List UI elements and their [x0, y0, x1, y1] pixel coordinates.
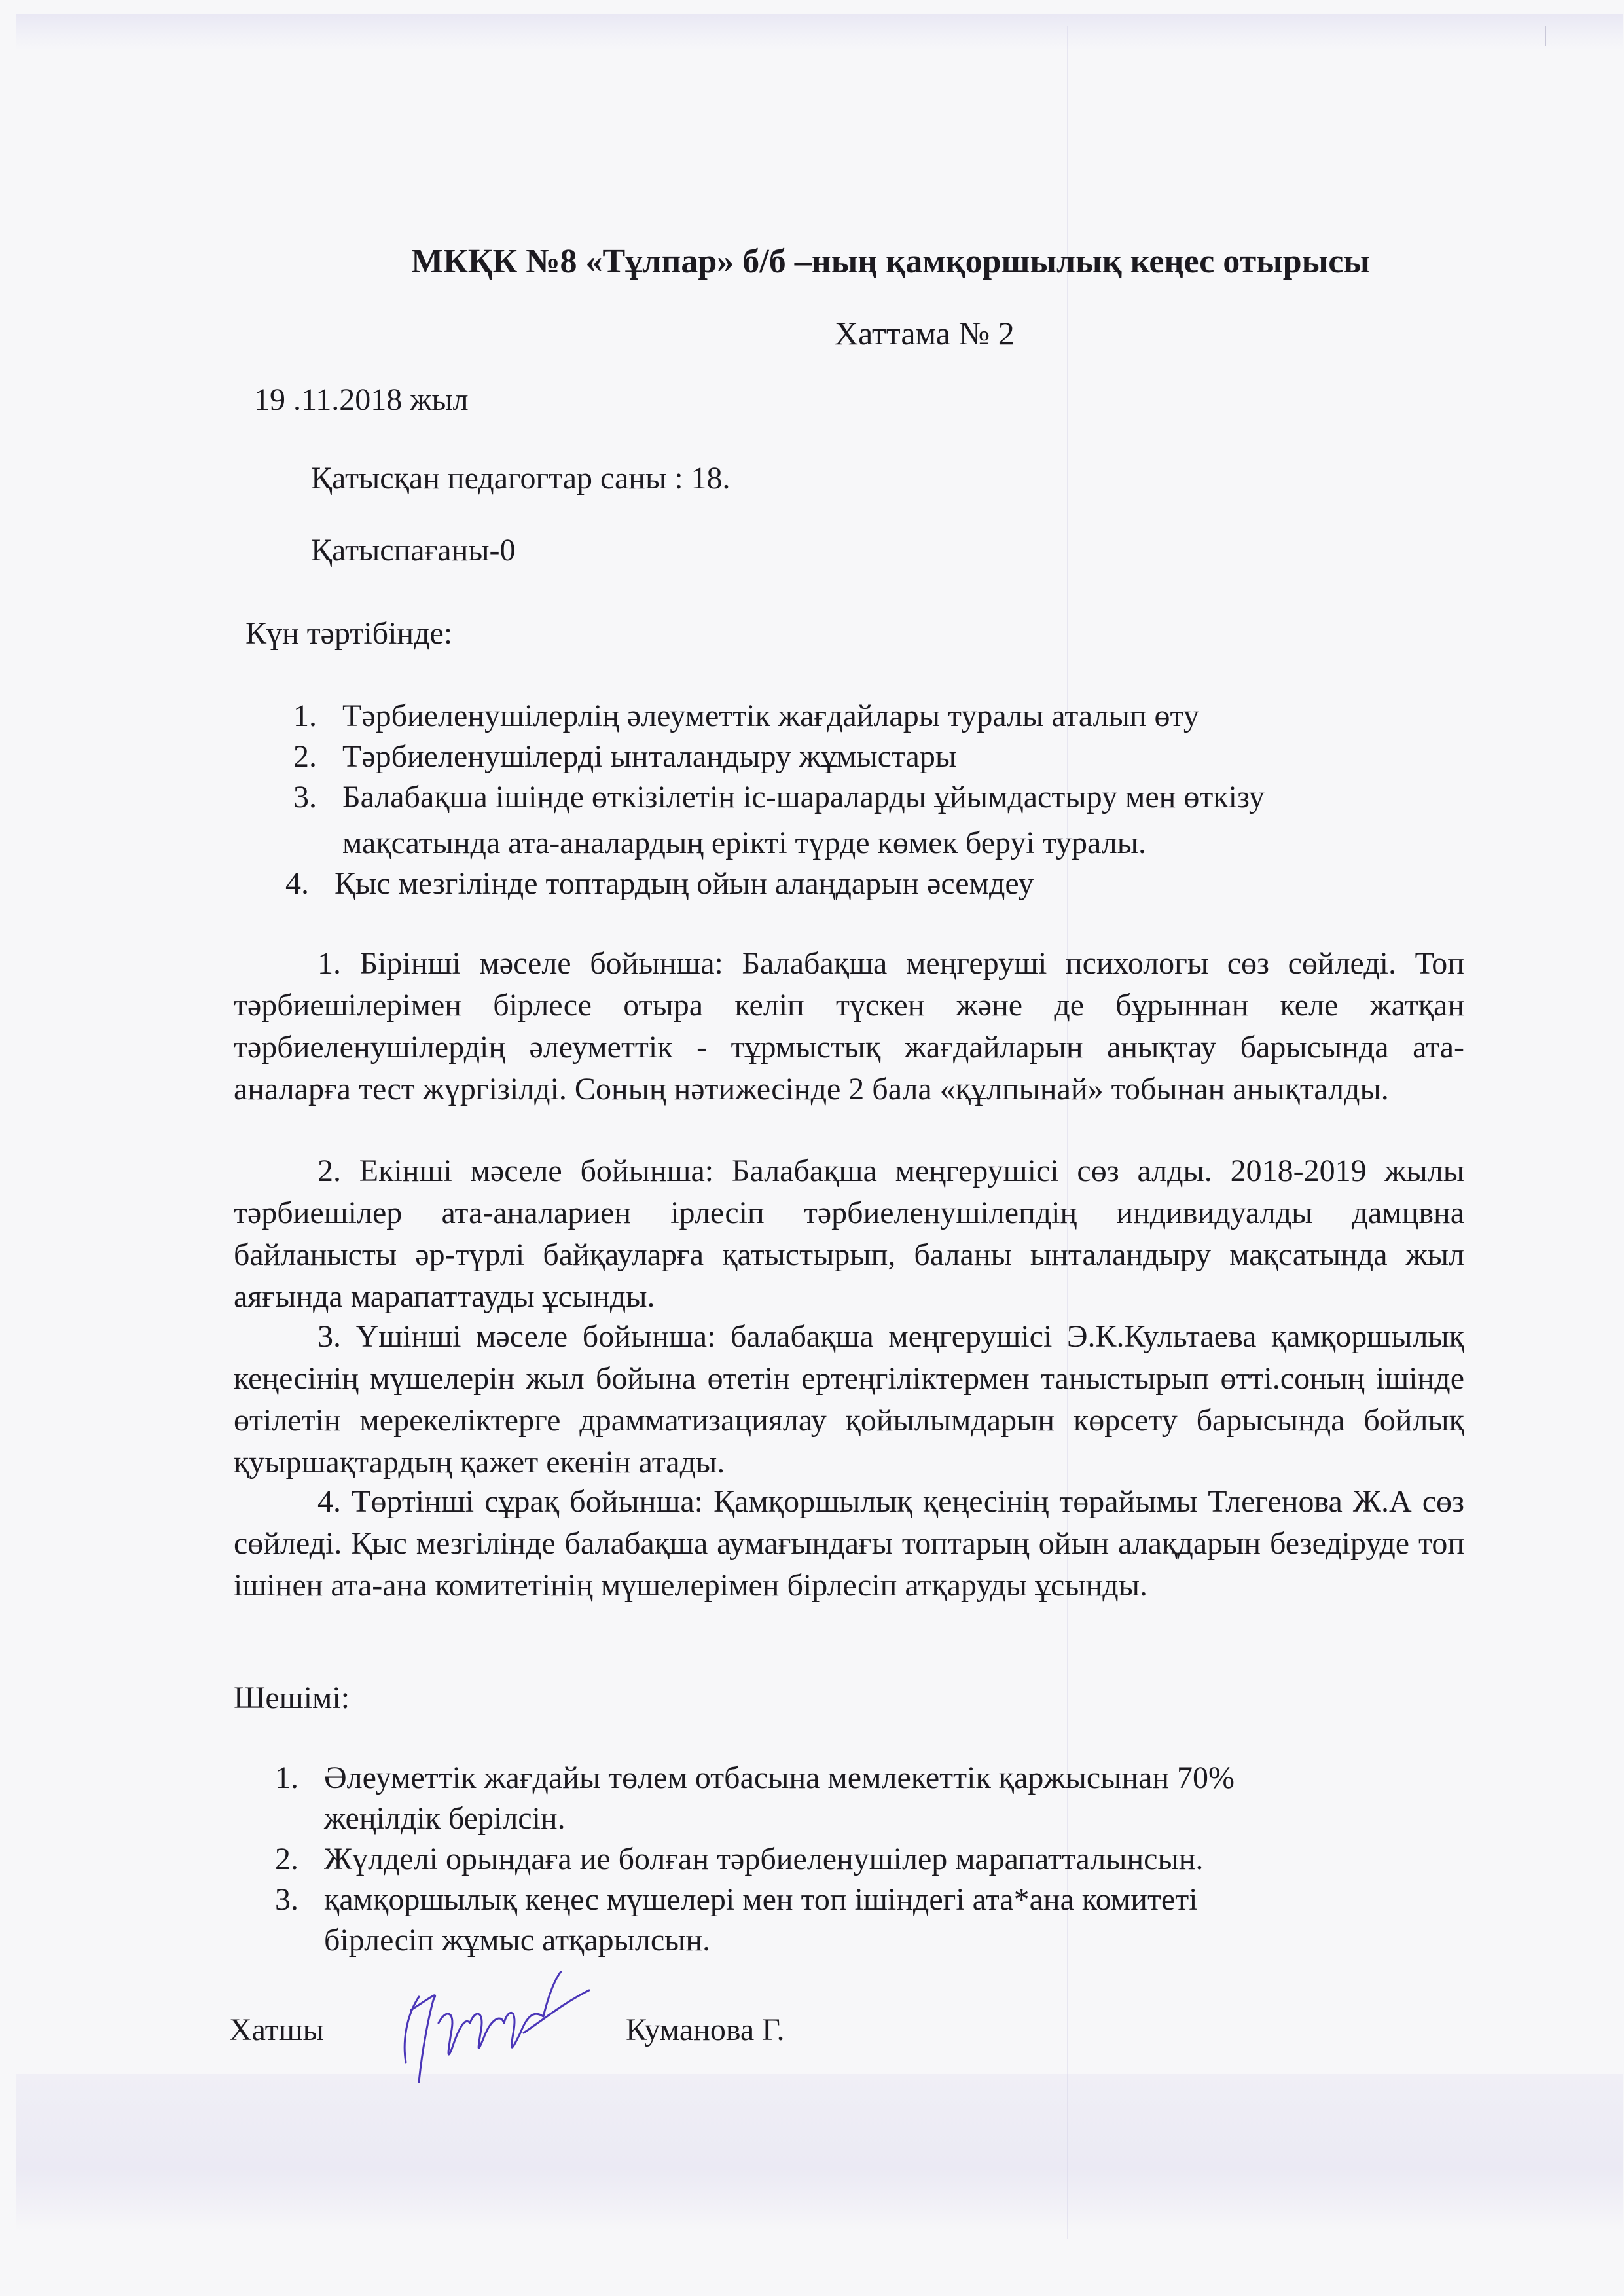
- agenda-item-number: 2.: [293, 737, 317, 777]
- decision-item-number: 1.: [275, 1758, 298, 1798]
- decision-item: 3. қамқоршылық кеңес мүшелері мен топ іш…: [275, 1880, 1235, 1961]
- attended-count: Қатысқан педагогтар саны : 18.: [311, 458, 731, 499]
- agenda-item-text: Тәрбиеленушілерді ынталандыру жұмыстары: [342, 739, 956, 774]
- agenda-heading: Күн тәртібінде:: [245, 613, 452, 654]
- decision-item-text: Әлеуметтік жағдайы төлем отбасына мемлек…: [324, 1760, 1235, 1795]
- scan-artifact-bottom: [16, 2074, 1623, 2231]
- protocol-number: Хаттама № 2: [835, 314, 1015, 352]
- decision-item-number: 3.: [275, 1880, 298, 1920]
- absent-count: Қатыспағаны-0: [311, 530, 516, 571]
- decision-heading: Шешімі:: [234, 1678, 350, 1719]
- discussion-item-3: 3. Үшінші мәселе бойынша: балабақша меңг…: [234, 1316, 1464, 1484]
- agenda-item-number: 4.: [285, 864, 309, 904]
- decision-list: 1. Әлеуметтік жағдайы төлем отбасына мем…: [275, 1758, 1235, 1961]
- document-title: МКҚК №8 «Тұлпар» б/б –ның қамқоршылық ке…: [0, 242, 1624, 281]
- agenda-item: 1. Тәрбиеленушілерлің әлеуметтік жағдайл…: [293, 696, 1265, 737]
- discussion-item-4: 4. Төртінші сұрақ бойынша: Қамқоршылық қ…: [234, 1481, 1464, 1607]
- decision-item-text-continued: бірлесіп жұмыс атқарылсын.: [324, 1923, 710, 1958]
- decision-item-text: қамқоршылық кеңес мүшелері мен топ ішінд…: [324, 1882, 1198, 1917]
- discussion-text: 4. Төртінші сұрақ бойынша: Қамқоршылық қ…: [234, 1484, 1464, 1603]
- agenda-item-text: Қыс мезгілінде топтардың ойын алаңдарын …: [334, 866, 1034, 901]
- discussion-text: 2. Екінші мәселе бойынша: Балабақша меңг…: [234, 1154, 1464, 1314]
- discussion-text: 3. Үшінші мәселе бойынша: балабақша меңг…: [234, 1319, 1464, 1480]
- agenda-list: 1. Тәрбиеленушілерлің әлеуметтік жағдайл…: [293, 696, 1265, 904]
- scan-artifact-top: [16, 14, 1623, 50]
- signature-icon: [393, 1971, 602, 2088]
- discussion-text: 1. Бірінші мәселе бойынша: Балабақша мең…: [234, 946, 1464, 1106]
- agenda-item: 4. Қыс мезгілінде топтардың ойын алаңдар…: [285, 864, 1265, 904]
- agenda-item-number: 1.: [293, 696, 317, 737]
- agenda-item: 3. Балабақша ішінде өткізілетін іс-шарал…: [293, 777, 1265, 864]
- secretary-name: Куманова Г.: [626, 2010, 784, 2050]
- discussion-item-1: 1. Бірінші мәселе бойынша: Балабақша мең…: [234, 943, 1464, 1110]
- decision-item: 1. Әлеуметтік жағдайы төлем отбасына мем…: [275, 1758, 1235, 1839]
- meeting-date: 19 .11.2018 жыл: [254, 380, 469, 420]
- discussion-item-2: 2. Екінші мәселе бойынша: Балабақша меңг…: [234, 1150, 1464, 1318]
- agenda-item-text: Балабақша ішінде өткізілетін іс-шаралард…: [342, 780, 1265, 814]
- agenda-item: 2. Тәрбиеленушілерді ынталандыру жұмыста…: [293, 737, 1265, 777]
- decision-item: 2. Жүлделі орындаға ие болған тәрбиелену…: [275, 1839, 1235, 1880]
- decision-item-text: Жүлделі орындаға ие болған тәрбиеленушіл…: [324, 1842, 1203, 1876]
- decision-item-text-continued: жеңілдік берілсін.: [324, 1801, 566, 1836]
- agenda-item-text: Тәрбиеленушілерлің әлеуметтік жағдайлары…: [342, 699, 1199, 733]
- agenda-item-number: 3.: [293, 777, 317, 818]
- secretary-label: Хатшы: [229, 2010, 324, 2050]
- agenda-item-text-continued: мақсатында ата-аналардың ерікті түрде кө…: [342, 823, 1146, 864]
- decision-item-number: 2.: [275, 1839, 298, 1880]
- scan-mark: [1545, 26, 1546, 46]
